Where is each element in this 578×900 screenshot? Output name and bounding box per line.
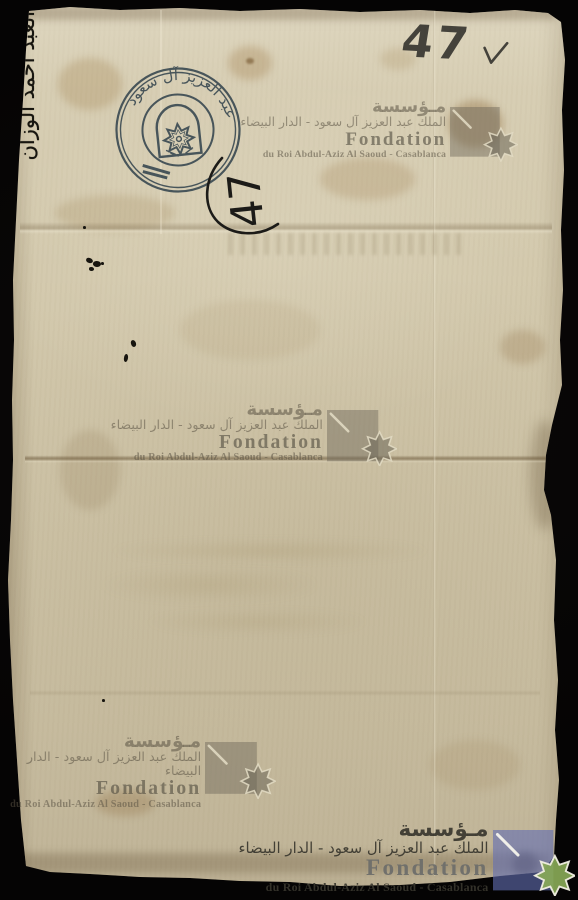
ink-spot: [102, 699, 105, 702]
fold-line-horizontal: [25, 454, 547, 463]
paper-stain: [500, 330, 545, 364]
ink-bleed-through: [115, 540, 425, 562]
stamp-arch-star-icon: [155, 103, 202, 158]
ink-spot: [89, 267, 94, 271]
folio-number: 47: [398, 14, 475, 70]
paper-stain: [530, 420, 560, 530]
ink-spot: [101, 262, 104, 265]
paper-stain: [95, 790, 155, 816]
ink-spot: [123, 354, 128, 363]
margin-note-arabic: العبد احمد الوزان: [17, 11, 38, 177]
paper-stain: [180, 300, 320, 360]
side-folio-number-text: 47: [218, 169, 275, 230]
document-scan: العبد احمد الوزان عبد العزيز آل سعود: [0, 0, 578, 900]
paper-stain: [60, 430, 120, 510]
ink-spot: [83, 226, 86, 229]
check-mark-icon: [480, 39, 511, 70]
side-folio-number: 47: [198, 150, 293, 250]
ink-spot: [93, 261, 101, 267]
fold-line-vertical: [433, 8, 436, 876]
fold-line-horizontal: [30, 690, 540, 696]
paper-stain: [25, 8, 555, 20]
ink-bleed-through: [105, 568, 315, 602]
paper-sheet: العبد احمد الوزان عبد العزيز آل سعود: [0, 0, 578, 900]
svg-text:عبد العزيز آل سعود: عبد العزيز آل سعود: [121, 58, 246, 123]
paper-stain: [320, 158, 415, 200]
ink-spot: [130, 339, 137, 347]
paper-stain: [20, 853, 550, 873]
paper-stain: [448, 100, 503, 148]
stamp-arabic-text: عبد العزيز آل سعود: [121, 58, 246, 123]
paper-stain: [430, 740, 520, 790]
ink-bleed-through: [150, 610, 365, 634]
